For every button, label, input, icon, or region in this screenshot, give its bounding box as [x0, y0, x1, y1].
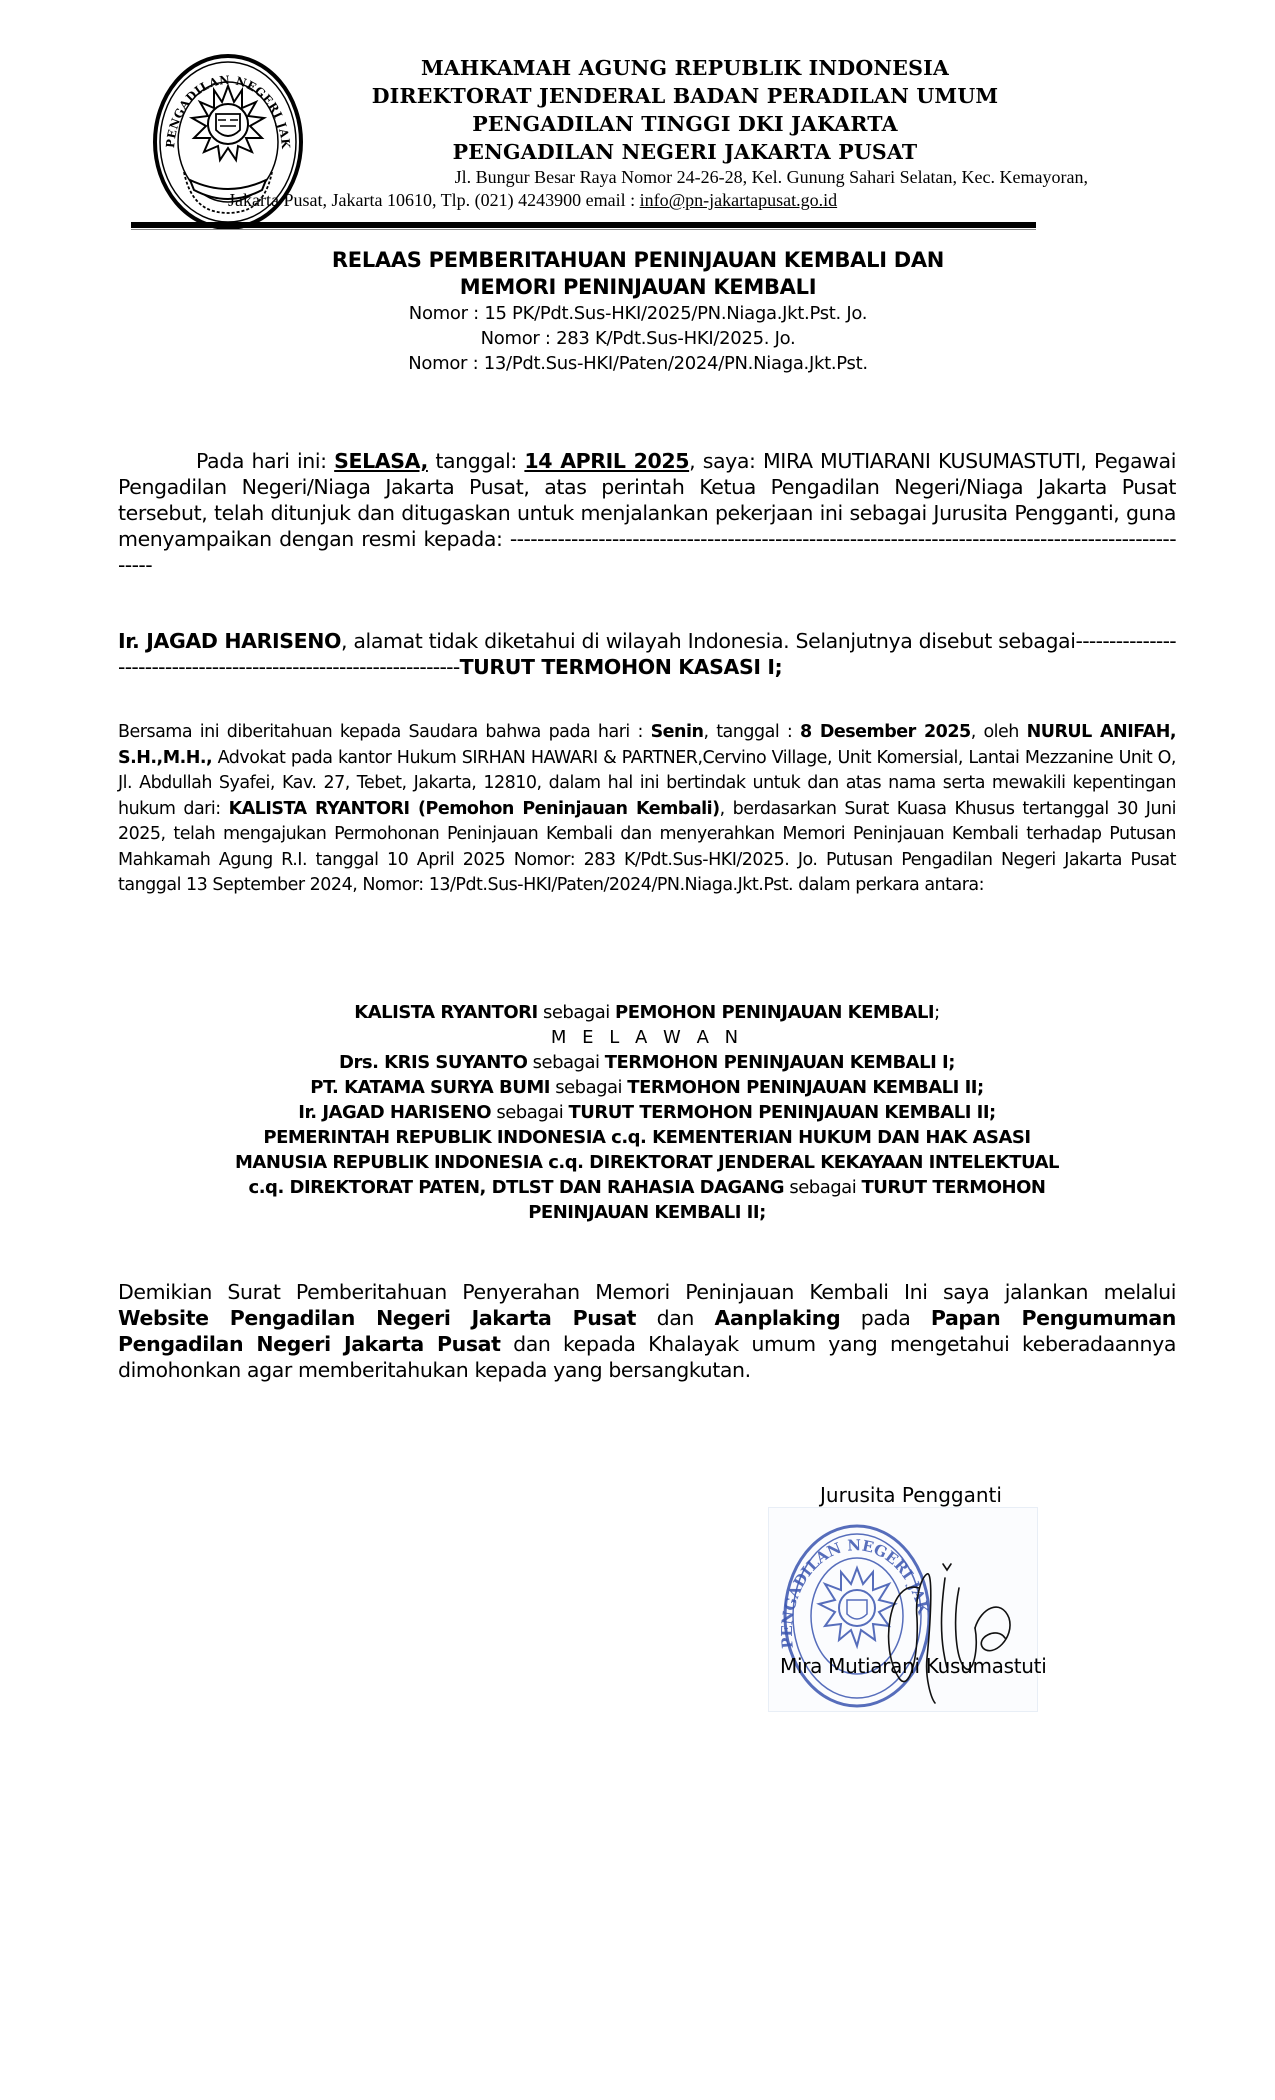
recipient-name: Ir. JAGAD HARISENO — [118, 629, 341, 653]
filing-date: 8 Desember 2025 — [800, 722, 971, 742]
filing-day: Senin — [651, 722, 704, 742]
header-divider-thin — [131, 229, 1036, 230]
letterhead-line-1: MAHKAMAH AGUNG REPUBLIK INDONESIA — [290, 54, 1080, 82]
document-title-block: RELAAS PEMBERITAHUAN PENINJAUAN KEMBALI … — [118, 247, 1158, 376]
document-page: PENGADILAN NEGERI JAKARTA PUSAT MAHKAMAH… — [0, 0, 1275, 2100]
case-number-1: Nomor : 15 PK/Pdt.Sus-HKI/2025/PN.Niaga.… — [118, 301, 1158, 326]
letterhead-line-4: PENGADILAN NEGERI JAKARTA PUSAT — [290, 138, 1080, 166]
publication-aanplaking: Aanplaking — [715, 1306, 841, 1330]
document-title-line-1: RELAAS PEMBERITAHUAN PENINJAUAN KEMBALI … — [118, 247, 1158, 274]
header-divider — [131, 222, 1036, 228]
party-4: Ir. JAGAD HARISENO sebagai TURUT TERMOHO… — [118, 1100, 1176, 1125]
opening-paragraph: Pada hari ini: SELASA, tanggal: 14 APRIL… — [118, 448, 1176, 578]
signatory-title: Jurusita Pengganti — [820, 1483, 1002, 1507]
recipient-paragraph: Ir. JAGAD HARISENO, alamat tidak diketah… — [118, 628, 1176, 680]
service-date: 14 APRIL 2025 — [524, 449, 689, 473]
stamp-signature-image: PENGADILAN NEGERI JAKARTA PUSAT — [768, 1507, 1038, 1712]
letterhead-line-3: PENGADILAN TINGGI DKI JAKARTA — [290, 110, 1080, 138]
signatory-name: Mira Mutiarani Kusumastuti — [780, 1654, 1046, 1678]
closing-paragraph: Demikian Surat Pemberitahuan Penyerahan … — [118, 1279, 1176, 1383]
case-number-2: Nomor : 283 K/Pdt.Sus-HKI/2025. Jo. — [118, 326, 1158, 351]
recipient-role: TURUT TERMOHON KASASI I; — [460, 655, 783, 679]
document-title-line-2: MEMORI PENINJAUAN KEMBALI — [118, 274, 1158, 301]
party-2: Drs. KRIS SUYANTO sebagai TERMOHON PENIN… — [118, 1050, 1176, 1075]
letterhead-line-2: DIREKTORAT JENDERAL BADAN PERADILAN UMUM — [290, 82, 1080, 110]
notification-paragraph: Bersama ini diberitahuan kepada Saudara … — [118, 720, 1176, 899]
address-line-1: Jl. Bungur Besar Raya Nomor 24-26-28, Ke… — [290, 166, 1088, 189]
case-number-3: Nomor : 13/Pdt.Sus-HKI/Paten/2024/PN.Nia… — [118, 351, 1158, 376]
party-1: KALISTA RYANTORI sebagai PEMOHON PENINJA… — [118, 1000, 1176, 1025]
versus-label: M E L A W A N — [118, 1025, 1176, 1050]
party-3: PT. KATAMA SURYA BUMI sebagai TERMOHON P… — [118, 1075, 1176, 1100]
email-link[interactable]: info@pn-jakartapusat.go.id — [640, 190, 838, 210]
address-contact: Jakarta Pusat, Jakarta 10610, Tlp. (021)… — [228, 190, 640, 210]
handwritten-signature-icon — [769, 1508, 1037, 1711]
address-line-2: Jakarta Pusat, Jakarta 10610, Tlp. (021)… — [228, 189, 1080, 212]
parties-list: KALISTA RYANTORI sebagai PEMOHON PENINJA… — [118, 1000, 1176, 1225]
service-day: SELASA, — [334, 449, 428, 473]
letterhead: MAHKAMAH AGUNG REPUBLIK INDONESIA DIREKT… — [290, 54, 1080, 212]
publication-website: Website Pengadilan Negeri Jakarta Pusat — [118, 1306, 636, 1330]
client-name: KALISTA RYANTORI (Pemohon Peninjauan Kem… — [229, 799, 720, 819]
party-5: PEMERINTAH REPUBLIK INDONESIA c.q. KEMEN… — [118, 1125, 1176, 1225]
